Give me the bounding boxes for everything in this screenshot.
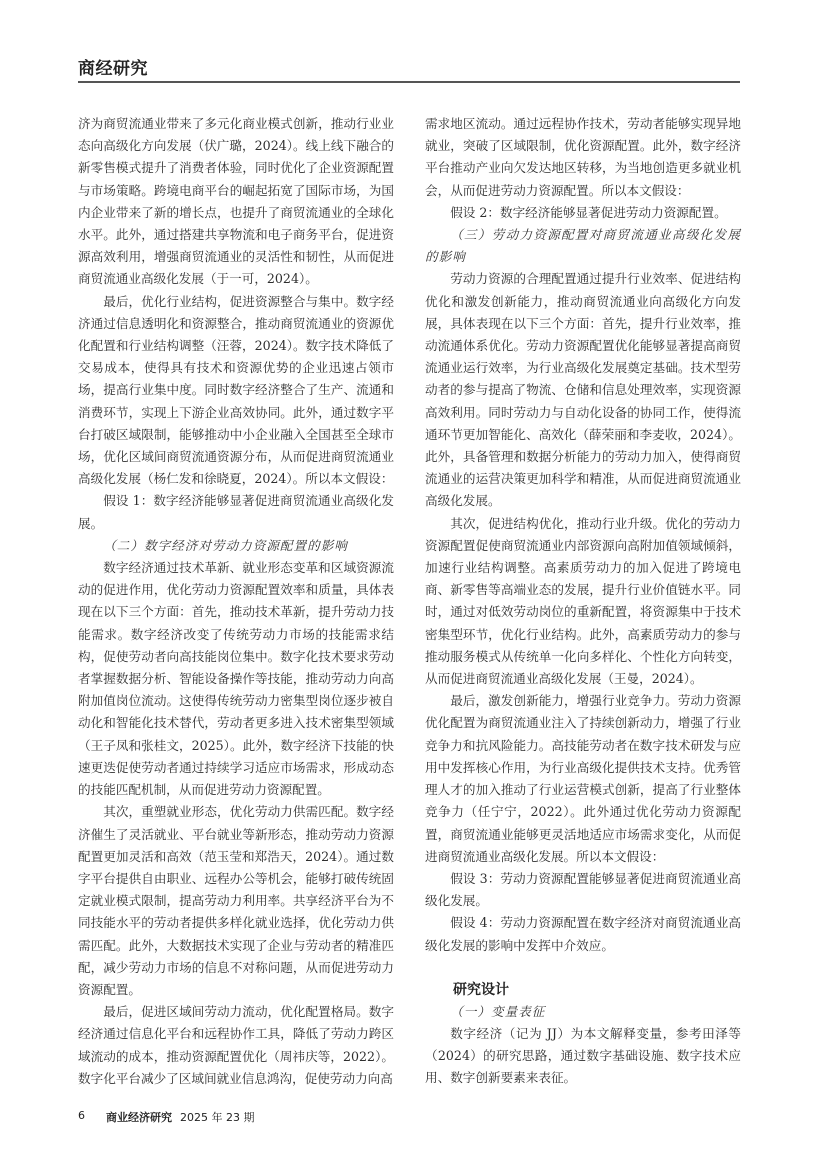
body-paragraph: 假设 3：劳动力资源配置能够显著促进商贸流通业高级化发展。 (425, 868, 741, 912)
subsection-heading: （三）劳动力资源配置对商贸流通业高级化发展的影响 (425, 224, 741, 268)
body-paragraph: 假设 2：数字经济能够显著促进劳动力资源配置。 (425, 202, 741, 224)
page-header: 商经研究 (78, 58, 740, 80)
running-head-title: 商经研究 (78, 58, 740, 80)
body-paragraph: 数字经济（记为 JJ）为本文解释变量，参考田泽等（2024）的研究思路，通过数字… (425, 1023, 741, 1090)
body-paragraph: 其次，重塑就业形态，优化劳动力供需匹配。数字经济催生了灵活就业、平台就业等新形态… (78, 801, 394, 1001)
body-paragraph: 最后，优化行业结构，促进资源整合与集中。数字经济通过信息透明化和资源整合，推动商… (78, 291, 394, 491)
body-paragraph: 最后，激发创新能力，增强行业竞争力。劳动力资源优化配置为商贸流通业注入了持续创新… (425, 690, 741, 868)
body-paragraph: 劳动力资源的合理配置通过提升行业效率、促进结构优化和激发创新能力，推动商贸流通业… (425, 268, 741, 512)
header-rule (78, 81, 740, 83)
subsection-heading: （一）变量表征 (425, 1001, 741, 1023)
body-paragraph: 济为商贸流通业带来了多元化商业模式创新，推动行业业态向高级化方向发展（伏广璐，2… (78, 113, 394, 291)
section-heading: 研究设计 (425, 979, 741, 1001)
body-paragraph: 数字经济通过技术革新、就业形态变革和区域资源流动的促进作用，优化劳动力资源配置效… (78, 557, 394, 801)
left-column: 济为商贸流通业带来了多元化商业模式创新，推动行业业态向高级化方向发展（伏广璐，2… (78, 113, 394, 1090)
body-paragraph: 需求地区流动。通过远程协作技术，劳动者能够实现异地就业，突破了区域限制，优化资源… (425, 113, 741, 202)
body-paragraph: 假设 1：数字经济能够显著促进商贸流通业高级化发展。 (78, 490, 394, 534)
footer-issue: 2025 年 23 期 (180, 1109, 254, 1125)
footer-journal-name: 商业经济研究 (106, 1109, 172, 1125)
page-number: 6 (78, 1109, 106, 1125)
subsection-heading: （二）数字经济对劳动力资源配置的影响 (78, 535, 394, 557)
body-paragraph: 假设 4：劳动力资源配置在数字经济对商贸流通业高级化发展的影响中发挥中介效应。 (425, 912, 741, 956)
right-column: 需求地区流动。通过远程协作技术，劳动者能够实现异地就业，突破了区域限制，优化资源… (425, 113, 741, 1090)
spacer (425, 957, 741, 979)
body-paragraph: 其次，促进结构优化，推动行业升级。优化的劳动力资源配置促使商贸流通业内部资源向高… (425, 513, 741, 691)
page-footer: 6 商业经济研究 2025 年 23 期 (78, 1109, 254, 1125)
body-paragraph: 最后，促进区域间劳动力流动，优化配置格局。数字经济通过信息化平台和远程协作工具，… (78, 1001, 394, 1090)
